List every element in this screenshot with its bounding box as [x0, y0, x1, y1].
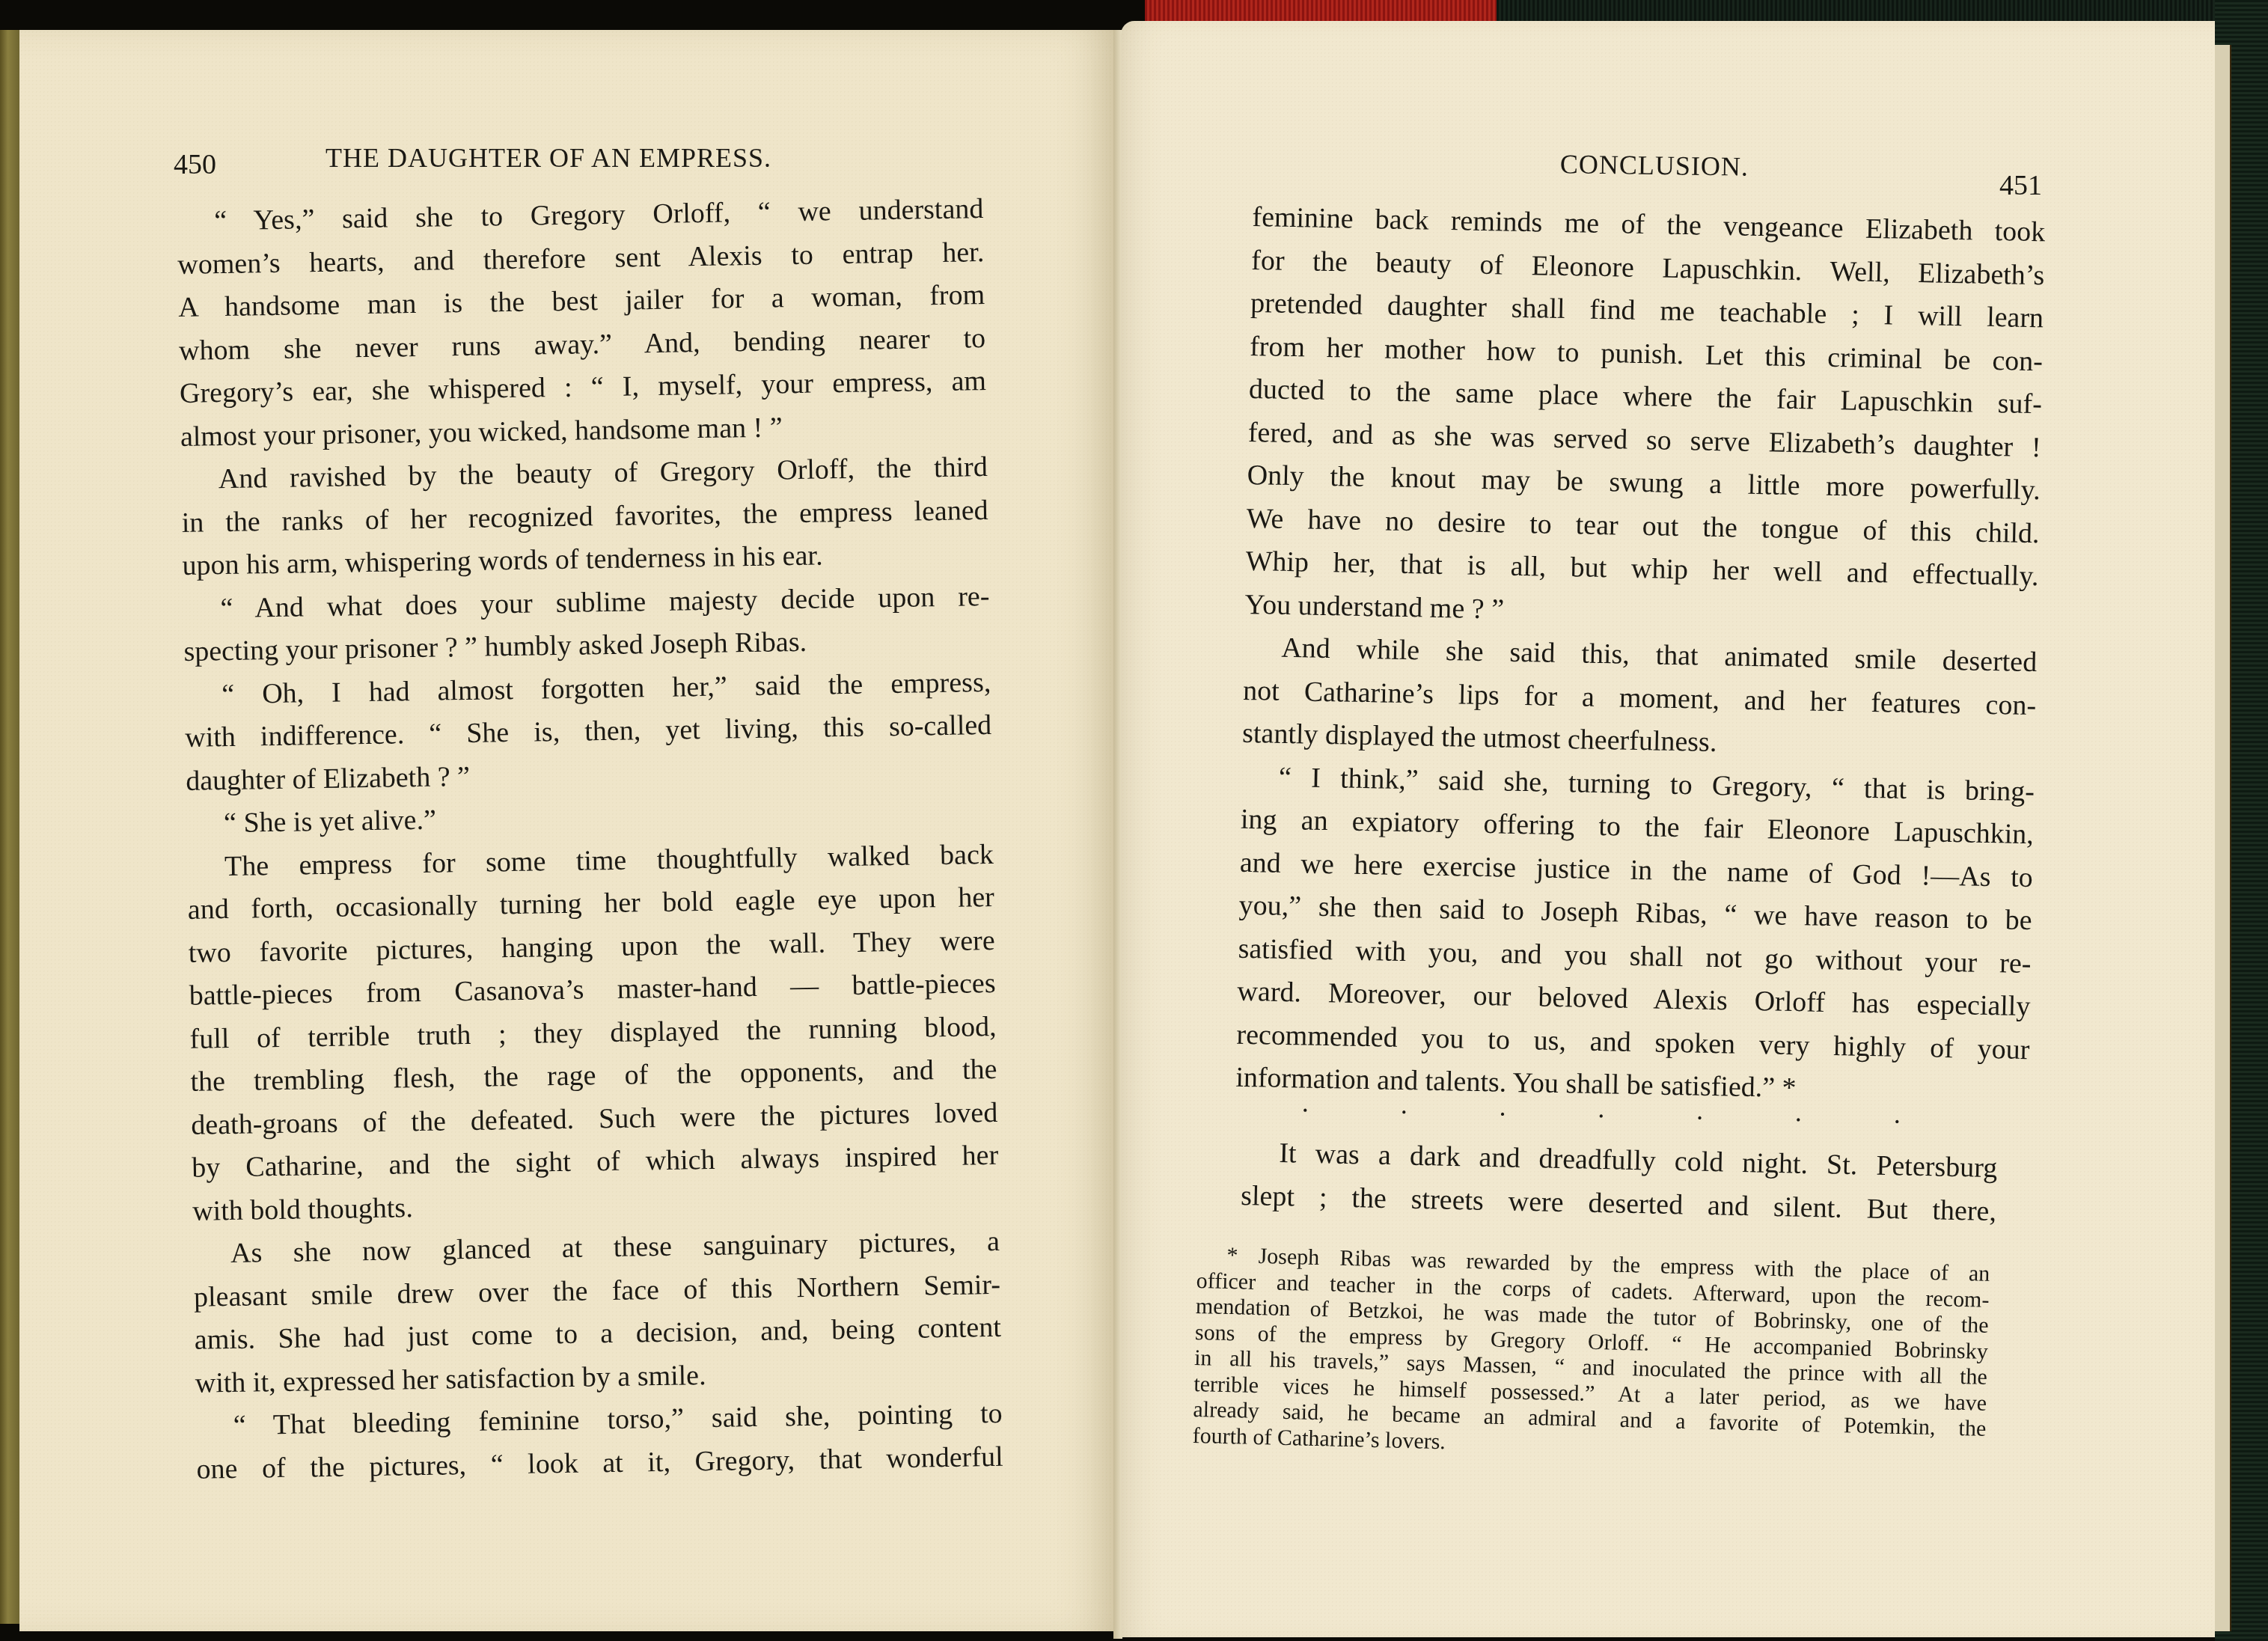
right-page-body: feminine back reminds me of the vengeanc… [1235, 196, 2046, 1115]
left-page-number: 450 [174, 148, 216, 181]
section-dot: . [1893, 1098, 1901, 1130]
section-dot: . [1302, 1087, 1309, 1118]
section-dot: . [1696, 1094, 1704, 1125]
section-dot: . [1400, 1089, 1407, 1120]
footnote: * Joseph Ribas was rewarded by the empre… [1192, 1242, 1990, 1468]
left-page-body: “ Yes,” said she to Gregory Orloff, “ we… [177, 188, 1003, 1491]
left-page-stack-edge [0, 30, 19, 1624]
left-running-head: THE DAUGHTER OF AN EMPRESS. [325, 142, 771, 174]
section-dot: . [1598, 1093, 1605, 1124]
right-page-number: 451 [1999, 169, 2042, 202]
right-page-after-break: It was a dark and dreadfully cold night.… [1241, 1131, 1998, 1233]
section-dot: . [1499, 1090, 1506, 1122]
section-dot: . [1795, 1096, 1803, 1128]
right-running-head: CONCLUSION. [1560, 148, 1749, 183]
